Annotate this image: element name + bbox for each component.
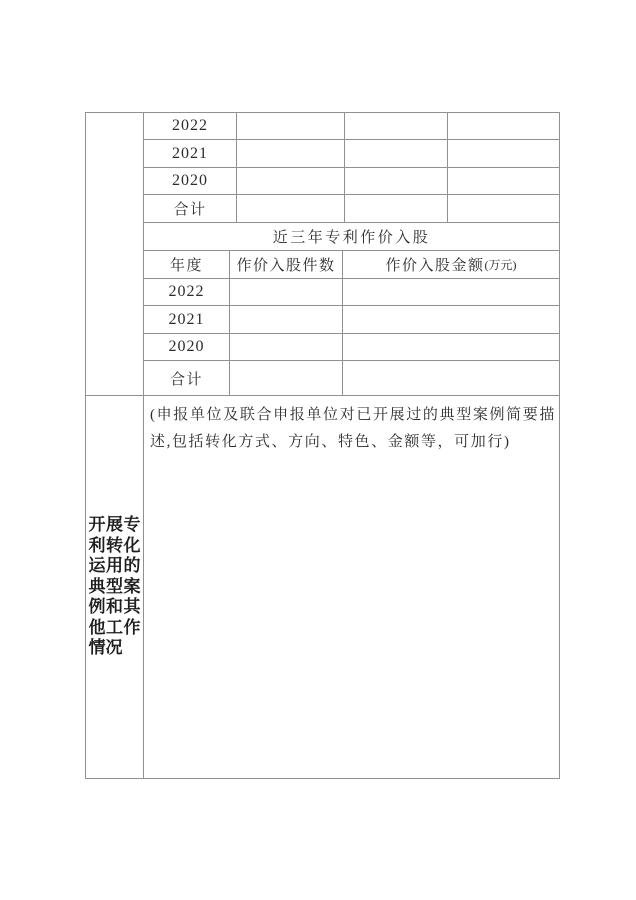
- document-page: 开展专利转化运用的典型案例和其他工作情况 2022 2021 2020 合计: [0, 0, 636, 900]
- equity-section-title: 近三年专利作价入股: [144, 223, 559, 251]
- equity-col-header-amount: 作价入股金额(万元): [342, 251, 559, 279]
- input-cell[interactable]: [344, 168, 447, 195]
- cases-input-area[interactable]: (申报单位及联合申报单位对已开展过的典型案例简要描述,包括转化方式、方向、特色、…: [144, 396, 559, 778]
- input-cell[interactable]: [342, 306, 559, 334]
- top-year-cell-2022: 2022: [144, 113, 236, 140]
- cases-note: (申报单位及联合申报单位对已开展过的典型案例简要描述,包括转化方式、方向、特色、…: [150, 402, 556, 456]
- input-cell[interactable]: [447, 113, 559, 140]
- equity-year-cell-2021: 2021: [144, 306, 229, 334]
- input-cell[interactable]: [236, 195, 344, 223]
- equity-col-header-year: 年度: [144, 251, 229, 279]
- patent-form-table: 开展专利转化运用的典型案例和其他工作情况 2022 2021 2020 合计: [85, 112, 560, 779]
- input-cell[interactable]: [447, 168, 559, 195]
- equity-col-header-count: 作价入股件数: [229, 251, 342, 279]
- equity-section-grid: 年度 作价入股件数 作价入股金额(万元) 2022 2021 2020 合计: [144, 251, 559, 396]
- input-cell[interactable]: [447, 140, 559, 168]
- cases-row-label: 开展专利转化运用的典型案例和其他工作情况: [89, 515, 141, 659]
- input-cell[interactable]: [229, 334, 342, 361]
- input-cell[interactable]: [229, 306, 342, 334]
- equity-year-cell-2020: 2020: [144, 334, 229, 361]
- equity-total-cell: 合计: [144, 361, 229, 396]
- input-cell[interactable]: [344, 195, 447, 223]
- row-label-column: 开展专利转化运用的典型案例和其他工作情况: [86, 113, 144, 778]
- equity-col-header-amount-label: 作价入股金额: [385, 254, 484, 275]
- top-year-cell-2020: 2020: [144, 168, 236, 195]
- input-cell[interactable]: [447, 195, 559, 223]
- equity-col-header-amount-unit: (万元): [485, 256, 517, 273]
- input-cell[interactable]: [342, 361, 559, 396]
- cases-row-label-cell: 开展专利转化运用的典型案例和其他工作情况: [86, 396, 143, 778]
- top-total-cell: 合计: [144, 195, 236, 223]
- top-section-grid: 2022 2021 2020 合计: [144, 113, 559, 223]
- input-cell[interactable]: [342, 279, 559, 306]
- row-label-cell-continued: [86, 113, 143, 396]
- input-cell[interactable]: [229, 361, 342, 396]
- equity-year-cell-2022: 2022: [144, 279, 229, 306]
- input-cell[interactable]: [236, 140, 344, 168]
- table-content-column: 2022 2021 2020 合计 近三年专利作价入股: [144, 113, 559, 778]
- input-cell[interactable]: [342, 334, 559, 361]
- input-cell[interactable]: [344, 140, 447, 168]
- top-year-cell-2021: 2021: [144, 140, 236, 168]
- input-cell[interactable]: [236, 113, 344, 140]
- input-cell[interactable]: [236, 168, 344, 195]
- input-cell[interactable]: [229, 279, 342, 306]
- input-cell[interactable]: [344, 113, 447, 140]
